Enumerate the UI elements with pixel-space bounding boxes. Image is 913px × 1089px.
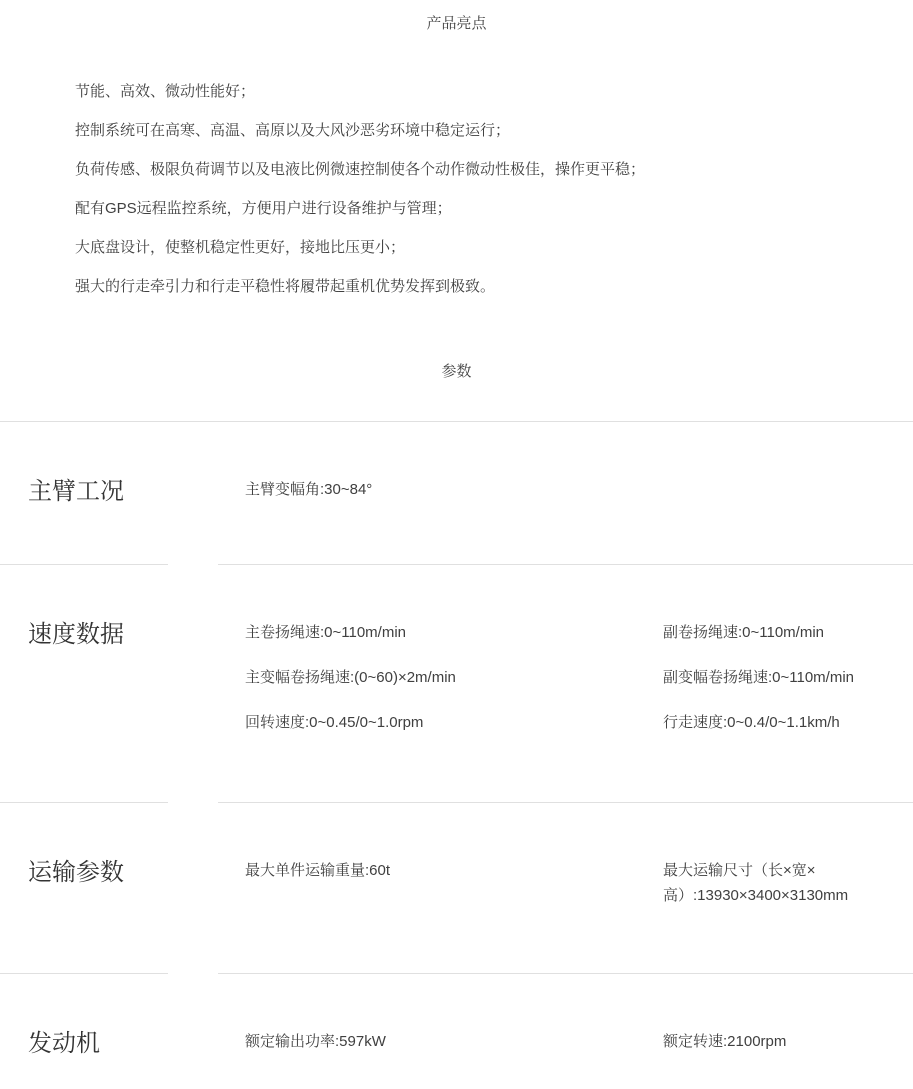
param-col-left: 最大单件运输重量:60t	[218, 858, 663, 908]
param-row-content: 额定输出功率:597kW 额定转速:2100rpm	[218, 974, 913, 1089]
param-row-content: 主卷扬绳速:0~110m/min 主变幅卷扬绳速:(0~60)×2m/min 回…	[218, 565, 913, 803]
param-row-content: 最大单件运输重量:60t 最大运输尺寸（长×宽×高）:13930×3400×31…	[218, 803, 913, 974]
param-row-label-cell: 运输参数	[0, 803, 168, 974]
param-value: 主变幅卷扬绳速:(0~60)×2m/min	[245, 665, 663, 690]
highlight-item: 配有GPS远程监控系统，方便用户进行设备维护与管理；	[75, 199, 913, 219]
param-row-content: 主臂变幅角:30~84°	[218, 422, 913, 565]
param-value: 最大运输尺寸（长×宽×高）:13930×3400×3130mm	[663, 858, 908, 908]
column-gutter	[168, 803, 218, 974]
param-value: 副卷扬绳速:0~110m/min	[663, 620, 908, 645]
param-value: 主臂变幅角:30~84°	[245, 477, 663, 502]
param-value: 副变幅卷扬绳速:0~110m/min	[663, 665, 908, 690]
highlight-item: 大底盘设计，使整机稳定性更好，接地比压更小；	[75, 238, 913, 258]
param-value: 行走速度:0~0.4/0~1.1km/h	[663, 710, 908, 735]
param-row-label-cell: 发动机	[0, 974, 168, 1089]
row-label: 主臂工况	[28, 478, 124, 505]
column-gutter	[168, 565, 218, 803]
highlights-list: 节能、高效、微动性能好； 控制系统可在高寒、高温、高原以及大风沙恶劣环境中稳定运…	[75, 82, 913, 297]
highlight-item: 强大的行走牵引力和行走平稳性将履带起重机优势发挥到极致。	[75, 277, 913, 297]
param-row-label-cell: 速度数据	[0, 565, 168, 803]
product-detail-page: 产品亮点 节能、高效、微动性能好； 控制系统可在高寒、高温、高原以及大风沙恶劣环…	[0, 0, 913, 1089]
param-value: 额定输出功率:597kW	[245, 1029, 663, 1054]
param-row-main-boom: 主臂工况 主臂变幅角:30~84°	[0, 422, 913, 565]
highlights-section-title: 产品亮点	[0, 14, 913, 34]
param-col-right: 副卷扬绳速:0~110m/min 副变幅卷扬绳速:0~110m/min 行走速度…	[663, 620, 913, 735]
param-row-transport: 运输参数 最大单件运输重量:60t 最大运输尺寸（长×宽×高）:13930×34…	[0, 803, 913, 974]
param-row-label-cell: 主臂工况	[0, 422, 168, 565]
param-value: 额定转速:2100rpm	[663, 1029, 908, 1054]
param-value: 主卷扬绳速:0~110m/min	[245, 620, 663, 645]
row-label: 发动机	[28, 1030, 100, 1057]
highlight-item: 节能、高效、微动性能好；	[75, 82, 913, 102]
parameters-section-title: 参数	[0, 362, 913, 382]
param-col-left: 主卷扬绳速:0~110m/min 主变幅卷扬绳速:(0~60)×2m/min 回…	[218, 620, 663, 735]
column-gutter	[168, 422, 218, 565]
parameters-table: 主臂工况 主臂变幅角:30~84° 速度数据 主卷扬绳速:0~110m/min …	[0, 421, 913, 1089]
highlight-item: 负荷传感、极限负荷调节以及电液比例微速控制使各个动作微动性极佳，操作更平稳；	[75, 160, 913, 180]
param-row-speed-data: 速度数据 主卷扬绳速:0~110m/min 主变幅卷扬绳速:(0~60)×2m/…	[0, 565, 913, 803]
param-col-right: 额定转速:2100rpm	[663, 1029, 913, 1059]
param-col-right	[663, 477, 913, 507]
row-label: 速度数据	[28, 621, 124, 648]
param-value: 回转速度:0~0.45/0~1.0rpm	[245, 710, 663, 735]
param-value: 最大单件运输重量:60t	[245, 858, 663, 883]
row-label: 运输参数	[28, 859, 124, 886]
column-gutter	[168, 974, 218, 1089]
param-row-engine: 发动机 额定输出功率:597kW 额定转速:2100rpm	[0, 974, 913, 1089]
param-col-left: 主臂变幅角:30~84°	[218, 477, 663, 507]
highlight-item: 控制系统可在高寒、高温、高原以及大风沙恶劣环境中稳定运行；	[75, 121, 913, 141]
param-col-left: 额定输出功率:597kW	[218, 1029, 663, 1059]
param-col-right: 最大运输尺寸（长×宽×高）:13930×3400×3130mm	[663, 858, 913, 908]
